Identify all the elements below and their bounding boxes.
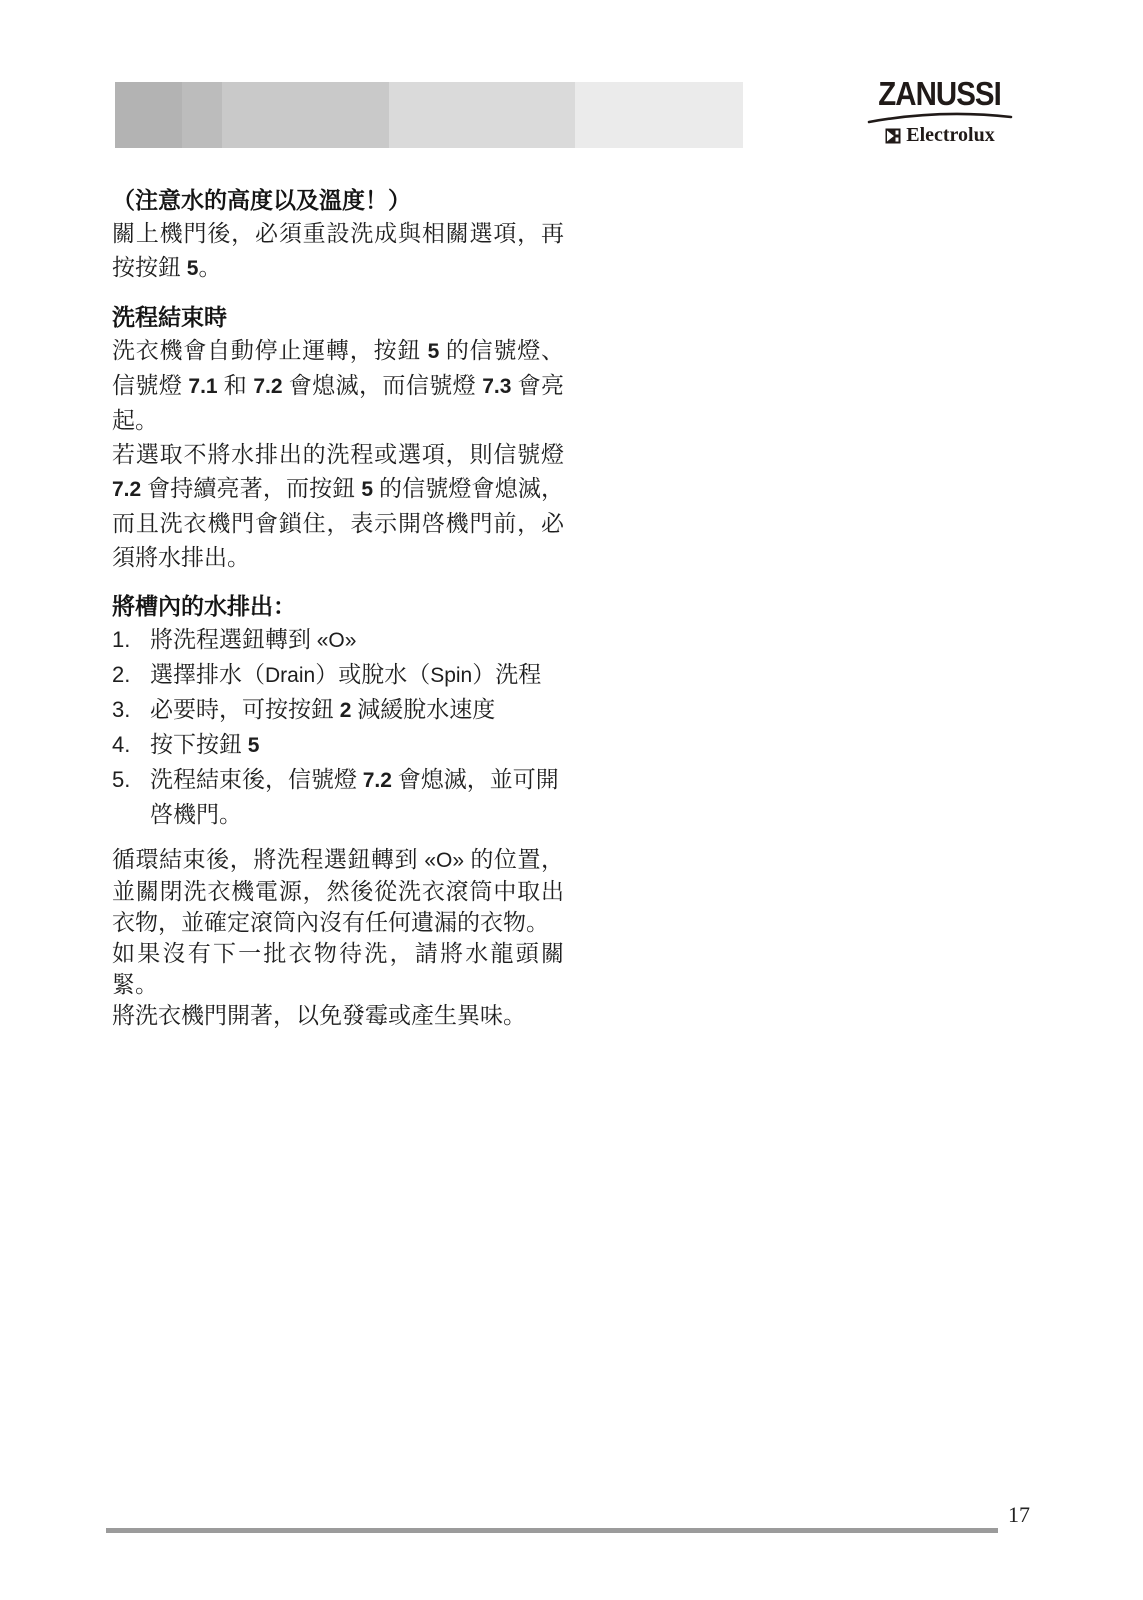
button-number: 5: [187, 257, 199, 280]
text-run: 循環結束後，將洗程選鈕轉到: [112, 847, 424, 872]
list-item-number: 5.: [112, 763, 150, 832]
list-item: 3.必要時，可按按鈕 2 減緩脫水速度: [112, 693, 564, 728]
list-item-text: 按下按鈕 5: [150, 728, 564, 763]
text-run: 將洗衣機門開著，以免發霉或產生異味。: [112, 1003, 526, 1028]
paragraph: 將洗衣機門開著，以免發霉或產生異味。: [112, 1000, 564, 1031]
gradient-segment: [182, 82, 222, 148]
list-item-number: 2.: [112, 658, 150, 693]
manual-content: （注意水的高度以及溫度！）關上機門後，必須重設洗成與相關選項，再按按鈕 5。洗程…: [112, 183, 564, 1031]
section-heading: （注意水的高度以及溫度！）: [112, 183, 564, 217]
text-run: 洗衣機會自動停止運轉，按鈕: [112, 338, 428, 363]
button-number: 7.2: [363, 769, 392, 792]
footer-divider: [106, 1528, 998, 1533]
text-run: 和: [218, 373, 254, 398]
button-number: 7.2: [253, 375, 282, 398]
text-run: 按下按鈕: [150, 732, 248, 757]
text-run: 。: [198, 255, 221, 280]
zanussi-wordmark: ZANUSSI: [879, 78, 1002, 110]
header-gradient-bar: [115, 82, 743, 148]
list-item: 5.洗程結束後，信號燈 7.2 會熄滅，並可開啓機門。: [112, 763, 564, 832]
button-number: 7.2: [112, 478, 141, 501]
gradient-segment: [115, 82, 182, 148]
gradient-segment: [575, 82, 743, 148]
text-run: 如果沒有下一批衣物待洗，請將水龍頭關緊。: [112, 941, 564, 997]
section-heading: 將槽內的水排出：: [112, 589, 564, 623]
list-item: 1.將洗程選鈕轉到 «O»: [112, 623, 564, 658]
list-item-text: 選擇排水（Drain）或脫水（Spin）洗程: [150, 658, 564, 693]
gradient-segment: [222, 82, 389, 148]
paragraph: 洗衣機會自動停止運轉，按鈕 5 的信號燈、信號燈 7.1 和 7.2 會熄滅，而…: [112, 334, 564, 438]
button-number: 5: [428, 340, 440, 363]
text-run: ）洗程: [472, 662, 541, 687]
text-run: 會熄滅，而信號燈: [283, 373, 483, 398]
text-run: 必要時，可按按鈕: [150, 697, 340, 722]
text-run: 會持續亮著，而按鈕: [141, 476, 361, 501]
button-number: 2: [340, 699, 352, 722]
brand-logo: ZANUSSI Electrolux: [862, 78, 1018, 147]
button-number: 7.1: [188, 375, 217, 398]
list-item-text: 洗程結束後，信號燈 7.2 會熄滅，並可開啓機門。: [150, 763, 564, 832]
button-number: 5: [361, 478, 373, 501]
paragraph: 循環結束後，將洗程選鈕轉到 «O» 的位置，並關閉洗衣機電源，然後從洗衣滾筒中取…: [112, 844, 564, 938]
list-item-text: 必要時，可按按鈕 2 減緩脫水速度: [150, 693, 564, 728]
list-item-text: 將洗程選鈕轉到 «O»: [150, 623, 564, 658]
electrolux-icon: [885, 128, 901, 144]
text-run: 將洗程選鈕轉到: [150, 627, 317, 652]
list-item: 2.選擇排水（Drain）或脫水（Spin）洗程: [112, 658, 564, 693]
text-run: 將槽內的水排出：: [112, 593, 296, 619]
instruction-list: 1.將洗程選鈕轉到 «O»2.選擇排水（Drain）或脫水（Spin）洗程3.必…: [112, 623, 564, 832]
text-run: 若選取不將水排出的洗程或選項，則信號燈: [112, 442, 564, 467]
latin-term: «O»: [317, 629, 357, 652]
paragraph: 若選取不將水排出的洗程或選項，則信號燈 7.2 會持續亮著，而按鈕 5 的信號燈…: [112, 438, 564, 575]
button-number: 7.3: [482, 375, 511, 398]
list-item-number: 1.: [112, 623, 150, 658]
latin-term: Spin: [430, 664, 472, 687]
text-run: 選擇排水（: [150, 662, 265, 687]
text-run: 洗程結束後，信號燈: [150, 767, 363, 792]
list-item-number: 4.: [112, 728, 150, 763]
section-heading: 洗程結束時: [112, 300, 564, 334]
page-number: 17: [1008, 1502, 1030, 1528]
text-run: （注意水的高度以及溫度！）: [112, 187, 411, 213]
paragraph: 如果沒有下一批衣物待洗，請將水龍頭關緊。: [112, 938, 564, 1000]
paragraph: 關上機門後，必須重設洗成與相關選項，再按按鈕 5。: [112, 217, 564, 286]
list-item-number: 3.: [112, 693, 150, 728]
electrolux-wordmark: Electrolux: [906, 124, 995, 147]
latin-term: Drain: [265, 664, 315, 687]
text-run: 洗程結束時: [112, 304, 227, 330]
button-number: 5: [248, 734, 260, 757]
list-item: 4.按下按鈕 5: [112, 728, 564, 763]
manual-page: ZANUSSI Electrolux （注意水的高度以及溫度！）關上機門後，必須…: [0, 0, 1143, 1600]
electrolux-lockup: Electrolux: [862, 124, 1018, 147]
latin-term: «O»: [424, 849, 464, 872]
gradient-segment: [389, 82, 575, 148]
text-run: 關上機門後，必須重設洗成與相關選項，再按按鈕: [112, 221, 564, 280]
text-run: 減緩脫水速度: [351, 697, 495, 722]
text-run: ）或脫水（: [315, 662, 430, 687]
